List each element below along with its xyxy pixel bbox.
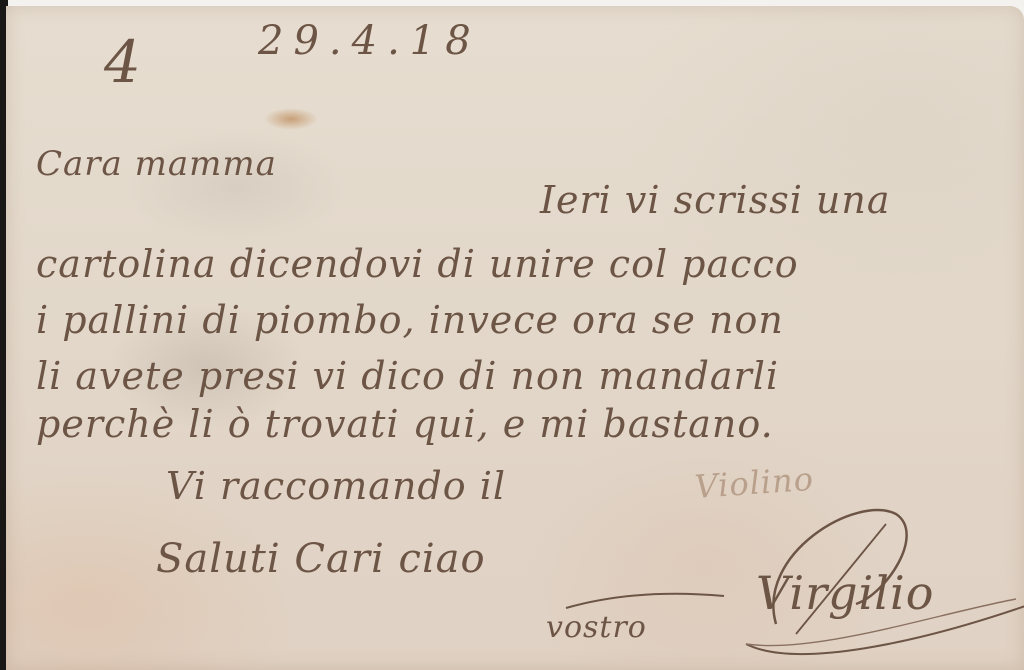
postcard: 4 29.4.18 Cara mamma Ieri vi scrissi una… <box>6 6 1024 670</box>
body-line-5: perchè li ò trovati qui, e mi bastano. <box>36 402 774 446</box>
body-line-1: Ieri vi scrissi una <box>540 178 891 222</box>
date: 29.4.18 <box>258 18 481 64</box>
postscript-line: Vi raccomando il <box>166 464 506 508</box>
valediction: vostro <box>546 610 647 645</box>
signature: Virgilio <box>756 566 934 620</box>
ink-stain <box>264 108 318 130</box>
closing-greeting: Saluti Cari ciao <box>156 536 486 582</box>
postcard-scan: 4 29.4.18 Cara mamma Ieri vi scrissi una… <box>0 0 1024 670</box>
body-line-2: cartolina dicendovi di unire col pacco <box>36 242 799 286</box>
body-line-4: li avete presi vi dico di non mandarli <box>36 354 779 398</box>
page-number: 4 <box>104 28 142 96</box>
salutation: Cara mamma <box>36 144 277 184</box>
body-line-3: i pallini di piombo, invece ora se non <box>36 298 784 342</box>
